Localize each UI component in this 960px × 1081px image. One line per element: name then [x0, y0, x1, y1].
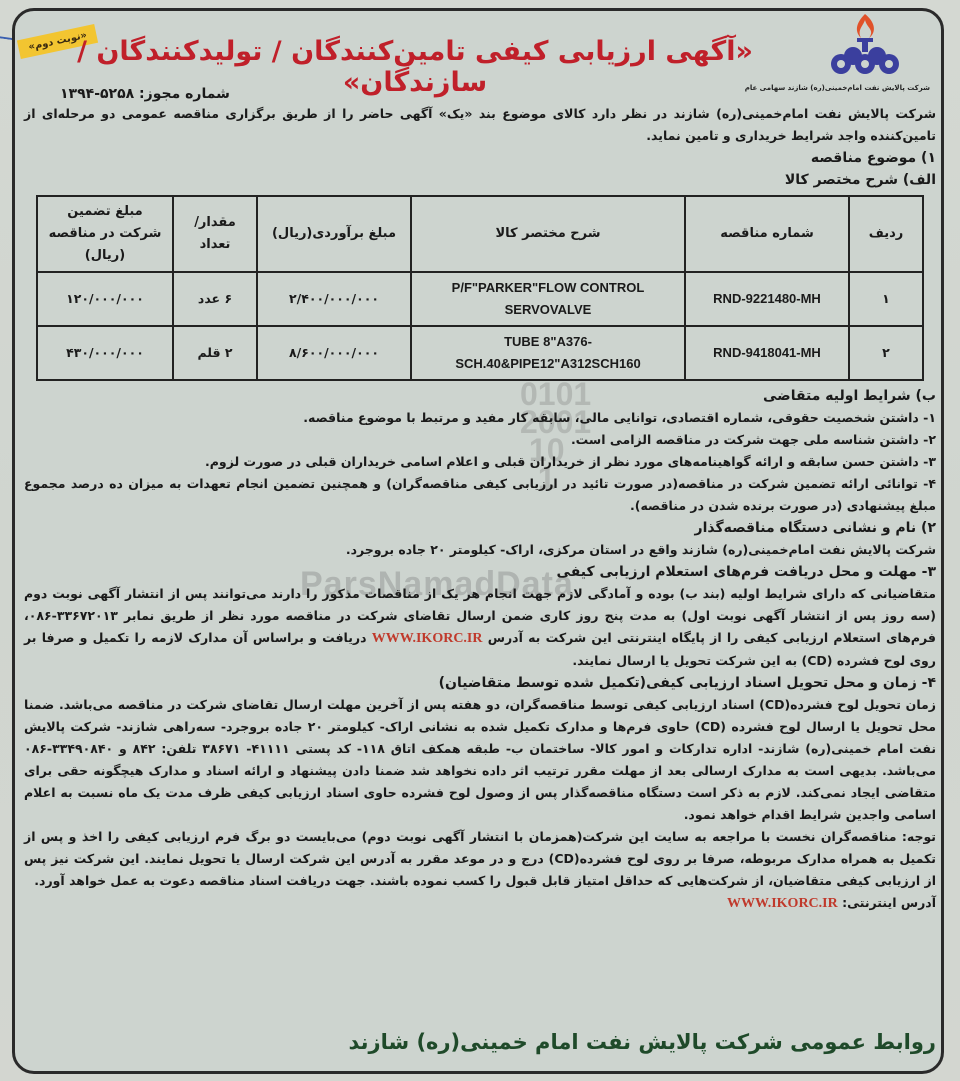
section1-subheading: الف) شرح مختصر کالا [24, 169, 936, 191]
ad-body: شرکت پالایش نفت امام‌خمینی(ره) شازند در … [24, 103, 936, 915]
col-tender-no: شماره مناقصه [685, 196, 849, 272]
col-guarantee: مبلغ تضمین شرکت در مناقصه (ریال) [37, 196, 173, 272]
col-row: ردیف [849, 196, 923, 272]
public-relations-signature: روابط عمومی شرکت پالایش نفت امام خمینی(ر… [349, 1030, 937, 1054]
internet-address: آدرس اینترنتی: WWW.IKORC.IR [24, 892, 936, 915]
cell-quantity: ۶ عدد [173, 272, 257, 326]
cell-row: ۱ [849, 272, 923, 326]
requirement-item: ۴- توانائی ارائه تضمین شرکت در مناقصه(در… [24, 473, 936, 517]
intro-paragraph: شرکت پالایش نفت امام‌خمینی(ره) شازند در … [24, 103, 936, 147]
cell-guarantee: ۱۲۰/۰۰۰/۰۰۰ [37, 272, 173, 326]
cell-tender-no: RND-9221480-MH [685, 272, 849, 326]
col-description: شرح مختصر کالا [411, 196, 685, 272]
requirement-item: ۱- داشتن شخصیت حقوقی، شماره اقتصادی، توا… [24, 407, 936, 429]
nioc-flame-logo-icon [825, 12, 905, 78]
website-link[interactable]: WWW.IKORC.IR [372, 631, 483, 646]
items-table: ردیف شماره مناقصه شرح مختصر کالا مبلغ بر… [36, 195, 924, 381]
cell-description: TUBE 8"A376-SCH.40&PIPE12"A312SCH160 [411, 326, 685, 380]
section2-text: شرکت پالایش نفت امام‌خمینی(ره) شازند واق… [24, 539, 936, 561]
cell-row: ۲ [849, 326, 923, 380]
internet-label: آدرس اینترنتی: [842, 895, 936, 910]
cell-guarantee: ۴۳۰/۰۰۰/۰۰۰ [37, 326, 173, 380]
section4-text: زمان تحویل لوح فشرده(CD) اسناد ارزیابی ک… [24, 694, 936, 826]
col-estimate: مبلغ برآوردی(ریال) [257, 196, 411, 272]
requirement-item: ۳- داشتن حسن سابقه و ارائه گواهینامه‌های… [24, 451, 936, 473]
table-header-row: ردیف شماره مناقصه شرح مختصر کالا مبلغ بر… [37, 196, 923, 272]
cell-quantity: ۲ قلم [173, 326, 257, 380]
section4-heading: ۴- زمان و محل تحویل اسناد ارزیابی کیفی(ت… [24, 672, 936, 694]
company-logo: شرکت پالایش نفت امام‌خمینی(ره) شازند سها… [800, 12, 930, 92]
cell-estimate: ۲/۴۰۰/۰۰۰/۰۰۰ [257, 272, 411, 326]
section3-heading: ۳- مهلت و محل دریافت فرم‌های استعلام ارز… [24, 561, 936, 583]
requirements-list: ۱- داشتن شخصیت حقوقی، شماره اقتصادی، توا… [24, 407, 936, 517]
note-paragraph: توجه: مناقصه‌گران نخست با مراجعه به سایت… [24, 826, 936, 892]
cell-tender-no: RND-9418041-MH [685, 326, 849, 380]
col-quantity: مقدار/ تعداد [173, 196, 257, 272]
logo-caption: شرکت پالایش نفت امام‌خمینی(ره) شازند سها… [800, 84, 930, 92]
cell-estimate: ۸/۶۰۰/۰۰۰/۰۰۰ [257, 326, 411, 380]
section1-heading: ۱) موضوع مناقصه [24, 147, 936, 169]
table-row: ۲ RND-9418041-MH TUBE 8"A376-SCH.40&PIPE… [37, 326, 923, 380]
permit-number: شماره مجوز: ۵۲۵۸-۱۳۹۴ [60, 86, 230, 102]
requirement-item: ۲- داشتن شناسه ملی جهت شرکت در مناقصه ال… [24, 429, 936, 451]
newspaper-page: «نوبت دوم» شرکت پالایش نفت امام‌خمینی(ره… [0, 0, 960, 1081]
cell-description: P/F"PARKER"FLOW CONTROL SERVOVALVE [411, 272, 685, 326]
section2-heading: ۲) نام و نشانی دستگاه مناقصه‌گذار [24, 517, 936, 539]
section-b-heading: ب) شرایط اولیه متقاضی [24, 385, 936, 407]
table-row: ۱ RND-9221480-MH P/F"PARKER"FLOW CONTROL… [37, 272, 923, 326]
section3-text: متقاضیانی که دارای شرایط اولیه (بند ب) ب… [24, 583, 936, 672]
internet-url-link[interactable]: WWW.IKORC.IR [727, 896, 838, 911]
